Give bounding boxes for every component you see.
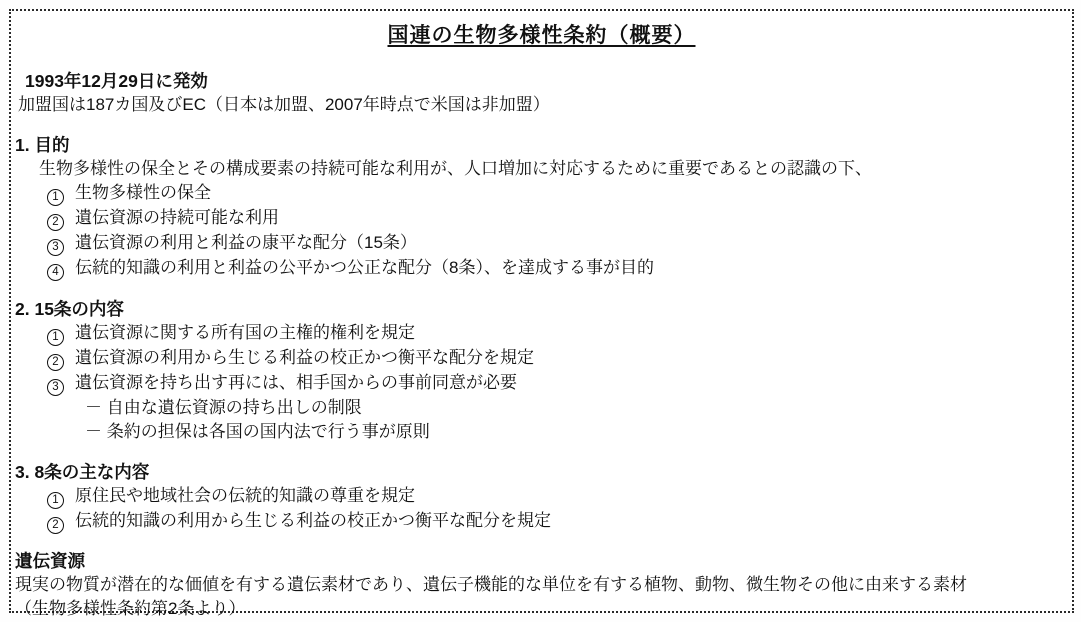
circled-number-marker: 2 [47, 517, 64, 534]
list-item-text: 生物多様性の保全 [75, 183, 211, 202]
section-heading: 1. 目的 [15, 133, 1068, 157]
section-lead: 生物多様性の保全とその構成要素の持続可能な利用が、人口増加に対応するために重要で… [15, 157, 1068, 181]
circled-number-marker: 1 [47, 492, 64, 509]
circled-number-marker: 2 [47, 214, 64, 231]
section-heading: 2. 15条の内容 [15, 297, 1068, 321]
glossary-definition: 現実の物質が潜在的な価値を有する遺伝素材であり、遺伝子機能的な単位を有する植物、… [15, 573, 1068, 597]
circled-number-marker: 1 [47, 189, 64, 206]
membership-note: 加盟国は187カ国及びEC（日本は加盟、2007年時点で米国は非加盟） [15, 93, 1068, 117]
list-item-text: 遺伝資源の利用から生じる利益の校正かつ衡平な配分を規定 [75, 348, 534, 367]
circled-number-marker: 4 [47, 264, 64, 281]
effective-date: 1993年12月29日に発効 [15, 69, 1068, 93]
section-article8: 3. 8条の主な内容 1原住民や地域社会の伝統的知識の尊重を規定 2伝統的知識の… [15, 460, 1068, 534]
list-item-text: 遺伝資源に関する所有国の主権的権利を規定 [75, 323, 415, 342]
sub-list-item: － 条約の担保は各国の国内法で行う事が原則 [15, 420, 1068, 444]
circled-number-marker: 3 [47, 379, 64, 396]
list-item-text: 原住民や地域社会の伝統的知識の尊重を規定 [75, 486, 415, 505]
list-item: 2伝統的知識の利用から生じる利益の校正かつ衡平な配分を規定 [15, 509, 1068, 534]
glossary-term: 遺伝資源 [15, 549, 1068, 573]
section-article15: 2. 15条の内容 1遺伝資源に関する所有国の主権的権利を規定 2遺伝資源の利用… [15, 297, 1068, 444]
list-item: 3遺伝資源を持ち出す再には、相手国からの事前同意が必要 [15, 371, 1068, 396]
list-item: 2遺伝資源の持続可能な利用 [15, 206, 1068, 231]
sub-list-item: － 自由な遺伝資源の持ち出しの制限 [15, 396, 1068, 420]
section-purpose: 1. 目的 生物多様性の保全とその構成要素の持続可能な利用が、人口増加に対応する… [15, 133, 1068, 281]
list-item-text: 遺伝資源の利用と利益の康平な配分（15条） [75, 233, 417, 252]
list-item: 3遺伝資源の利用と利益の康平な配分（15条） [15, 231, 1068, 256]
glossary-source: （生物多様性条約第2条より） [15, 597, 1068, 621]
list-item: 1遺伝資源に関する所有国の主権的権利を規定 [15, 321, 1068, 346]
document-frame: 国連の生物多様性条約（概要） 1993年12月29日に発効 加盟国は187カ国及… [9, 9, 1074, 613]
list-item: 1原住民や地域社会の伝統的知識の尊重を規定 [15, 484, 1068, 509]
list-item-text: 伝統的知識の利用と利益の公平かつ公正な配分（8条）、を達成する事が目的 [75, 258, 654, 277]
circled-number-marker: 1 [47, 329, 64, 346]
list-item: 4伝統的知識の利用と利益の公平かつ公正な配分（8条）、を達成する事が目的 [15, 256, 1068, 281]
list-item-text: 遺伝資源を持ち出す再には、相手国からの事前同意が必要 [75, 373, 517, 392]
intro-block: 1993年12月29日に発効 加盟国は187カ国及びEC（日本は加盟、2007年… [15, 69, 1068, 117]
list-item: 1生物多様性の保全 [15, 181, 1068, 206]
page-title: 国連の生物多様性条約（概要） [15, 19, 1068, 49]
circled-number-marker: 2 [47, 354, 64, 371]
section-heading: 3. 8条の主な内容 [15, 460, 1068, 484]
list-item-text: 伝統的知識の利用から生じる利益の校正かつ衡平な配分を規定 [75, 511, 551, 530]
list-item: 2遺伝資源の利用から生じる利益の校正かつ衡平な配分を規定 [15, 346, 1068, 371]
list-item-text: 遺伝資源の持続可能な利用 [75, 208, 279, 227]
circled-number-marker: 3 [47, 239, 64, 256]
glossary-block: 遺伝資源 現実の物質が潜在的な価値を有する遺伝素材であり、遺伝子機能的な単位を有… [15, 549, 1068, 621]
